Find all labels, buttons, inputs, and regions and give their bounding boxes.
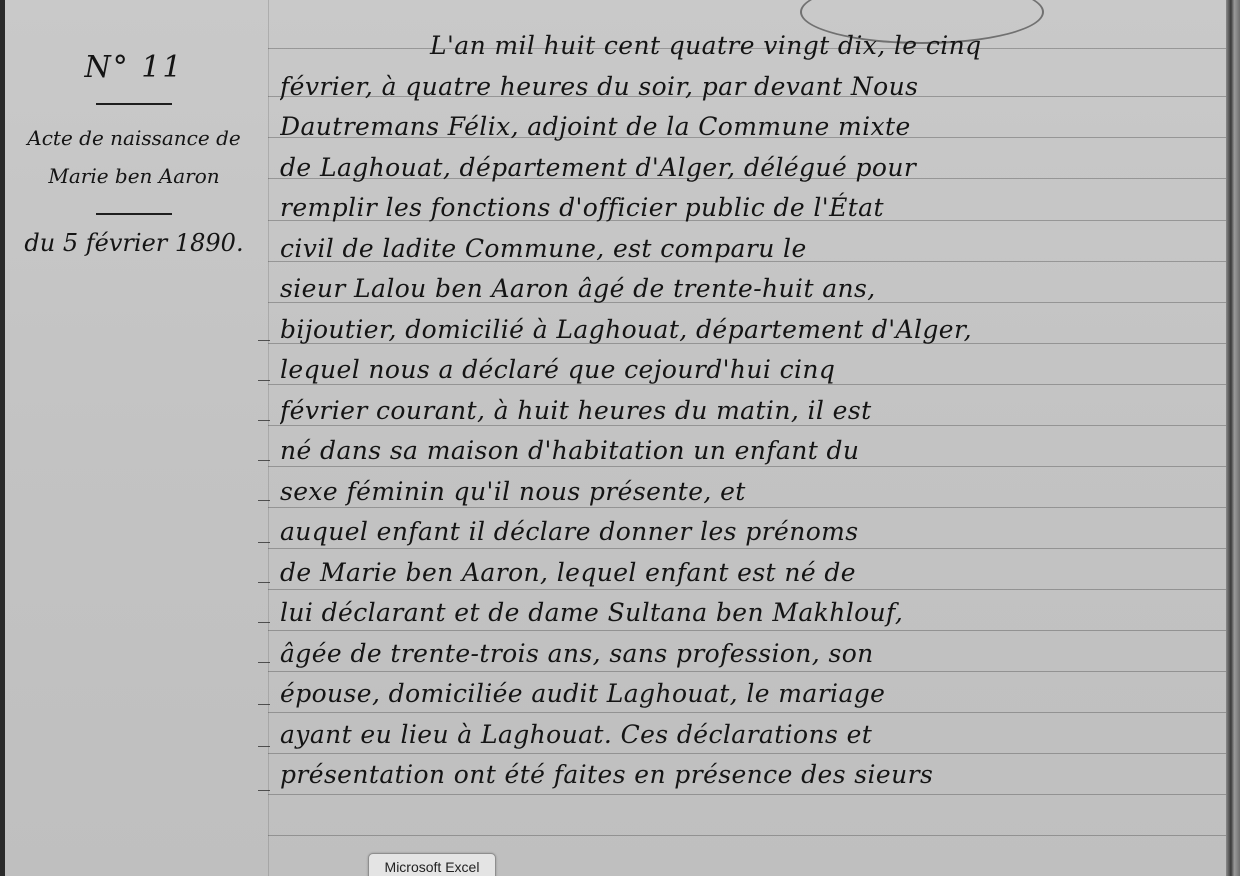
body-line: bijoutier, domicilié à Laghouat, départe…: [280, 310, 1225, 351]
body-line: lui déclarant et de dame Sultana ben Mak…: [280, 593, 1225, 634]
margin-tick: [258, 340, 270, 341]
margin-tick: [258, 542, 270, 543]
page-binding-edge: [0, 0, 5, 876]
page-right-edge: [1226, 0, 1240, 876]
margin-tick: [258, 582, 270, 583]
act-title-line-2: Marie ben Aaron: [6, 157, 262, 195]
act-title-line-1: Acte de naissance de: [6, 119, 262, 157]
body-line: ayant eu lieu à Laghouat. Ces déclaratio…: [280, 715, 1225, 756]
margin-tick: [258, 662, 270, 663]
body-line: février, à quatre heures du soir, par de…: [280, 67, 1225, 108]
body-line: L'an mil huit cent quatre vingt dix, le …: [280, 26, 1225, 67]
app-tooltip: Microsoft Excel: [368, 853, 496, 876]
body-line: de Marie ben Aaron, lequel enfant est né…: [280, 553, 1225, 594]
divider: [96, 103, 172, 105]
body-line: sexe féminin qu'il nous présente, et: [280, 472, 1225, 513]
margin-rule: [268, 0, 269, 876]
ruled-line: [268, 835, 1226, 836]
margin-tick: [258, 420, 270, 421]
scanned-document-page: N° 11 Acte de naissance de Marie ben Aar…: [0, 0, 1240, 876]
body-line: Dautremans Félix, adjoint de la Commune …: [280, 107, 1225, 148]
body-line: février courant, à huit heures du matin,…: [280, 391, 1225, 432]
body-line: âgée de trente-trois ans, sans professio…: [280, 634, 1225, 675]
body-line: épouse, domiciliée audit Laghouat, le ma…: [280, 674, 1225, 715]
margin-tick: [258, 790, 270, 791]
body-line: sieur Lalou ben Aaron âgé de trente-huit…: [280, 269, 1225, 310]
body-line: né dans sa maison d'habitation un enfant…: [280, 431, 1225, 472]
margin-tick: [258, 500, 270, 501]
record-body: L'an mil huit cent quatre vingt dix, le …: [280, 26, 1225, 796]
body-line: lequel nous a déclaré que cejourd'hui ci…: [280, 350, 1225, 391]
body-line: présentation ont été faites en présence …: [280, 755, 1225, 796]
body-line: civil de ladite Commune, est comparu le: [280, 229, 1225, 270]
margin-tick: [258, 704, 270, 705]
margin-tick: [258, 746, 270, 747]
body-line: de Laghouat, département d'Alger, délégu…: [280, 148, 1225, 189]
margin-tick: [258, 380, 270, 381]
body-line: remplir les fonctions d'officier public …: [280, 188, 1225, 229]
margin-annotation: N° 11 Acte de naissance de Marie ben Aar…: [6, 40, 262, 257]
margin-tick: [258, 622, 270, 623]
act-date: du 5 février 1890.: [6, 229, 262, 257]
body-line: auquel enfant il déclare donner les prén…: [280, 512, 1225, 553]
divider: [96, 213, 172, 215]
act-number: N° 11: [6, 50, 262, 85]
margin-tick: [258, 460, 270, 461]
